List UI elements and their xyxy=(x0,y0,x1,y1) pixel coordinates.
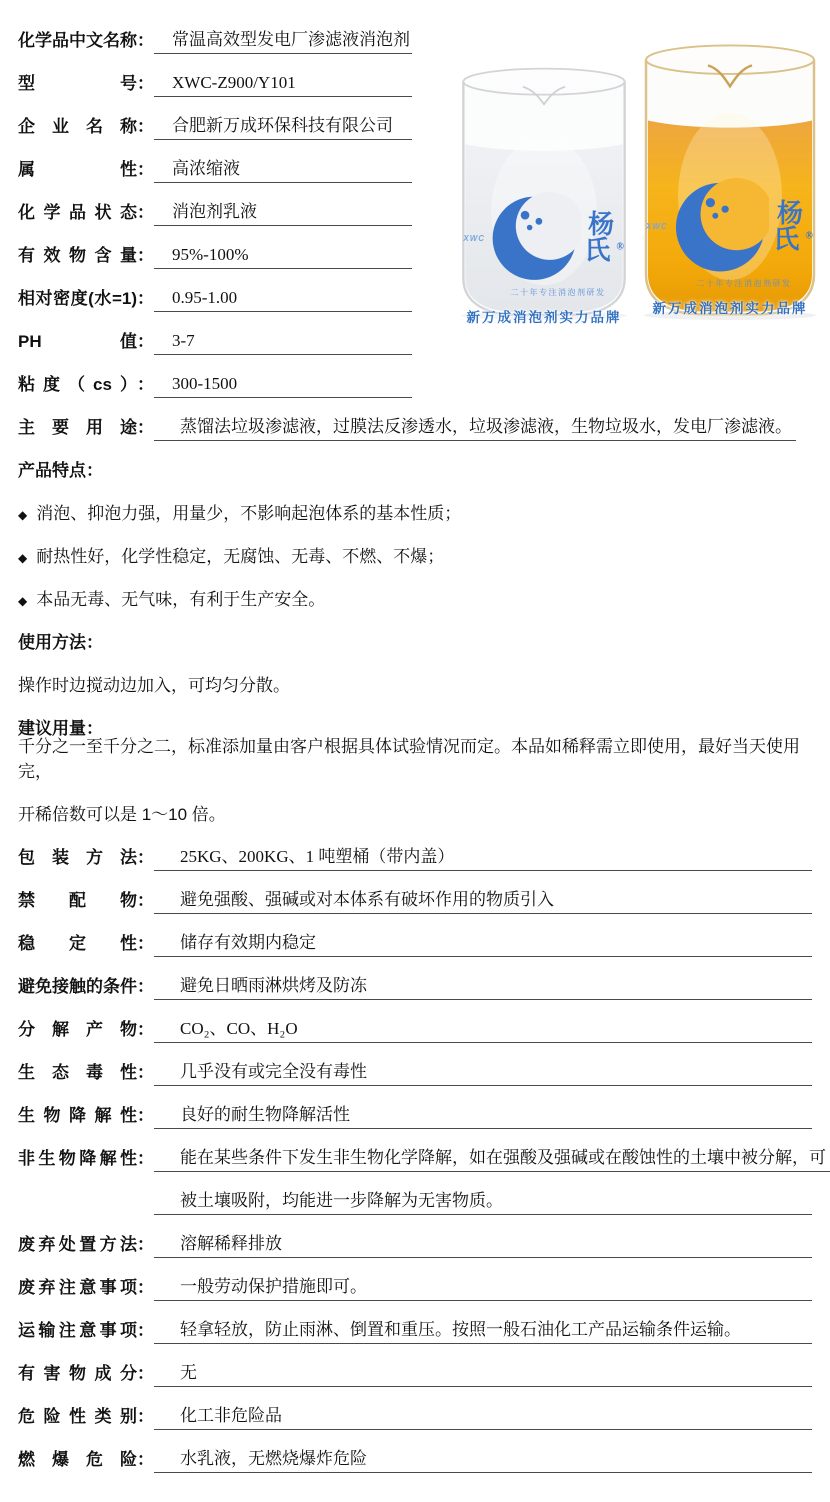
field-label: 粘度（cs）： xyxy=(18,370,154,398)
field-label: 主要用途： xyxy=(18,413,154,441)
field-label: 废弃处置方法： xyxy=(18,1230,154,1258)
field-value: 300-1500 xyxy=(154,375,412,398)
field-label: 燃爆危险： xyxy=(18,1445,154,1473)
field-value-continued: 被土壤吸附，均能进一步降解为无害物质。 xyxy=(154,1192,812,1215)
field-row-packing: 包装方法： 25KG、200KG、1 吨塑桶（带内盖） xyxy=(18,833,812,876)
registered-mark-icon: ® xyxy=(805,230,812,241)
dosage-text-row: 千分之一至千分之二，标准添加量由客户根据具体试验情况而定。本品如稀释需立即使用，… xyxy=(18,747,812,790)
field-label: 化学品中文名称： xyxy=(18,26,154,54)
field-label: 分解产物： xyxy=(18,1015,154,1043)
field-label: 型号： xyxy=(18,69,154,97)
field-row-ph: PH值： 3-7 xyxy=(18,317,812,360)
dosage-text-row: 开稀倍数可以是 1～10 倍。 xyxy=(18,790,812,833)
field-label: 稳定性： xyxy=(18,929,154,957)
field-label: 废弃注意事项： xyxy=(18,1273,154,1301)
brand-name: 杨氏® xyxy=(584,212,625,264)
feature-bullet-row: ◆ 消泡、抑泡力强，用量少，不影响起泡体系的基本性质； xyxy=(18,489,812,532)
beaker-right-amber: XWC 杨氏® 二十年专注消泡剂研发 新万成消泡剂实力品牌 xyxy=(630,35,830,320)
field-label: 运输注意事项： xyxy=(18,1316,154,1344)
field-value: 蒸馏法垃圾渗滤液，过膜法反渗透水，垃圾渗滤液，生物垃圾水，发电厂渗滤液。 xyxy=(154,418,796,441)
field-value: 溶解稀释排放 xyxy=(154,1235,812,1258)
field-value: 避免强酸、强碱或对本体系有破坏作用的物质引入 xyxy=(154,891,812,914)
beaker-left-clear: XWC 杨氏® 二十年专注消泡剂研发 新万成消泡剂实力品牌 xyxy=(448,59,640,320)
field-row-transport-precautions: 运输注意事项： 轻拿轻放，防止雨淋、倒置和重压。按照一般石油化工产品运输条件运输… xyxy=(18,1306,812,1349)
field-label: 禁配物： xyxy=(18,886,154,914)
field-label: 避免接触的条件： xyxy=(18,972,154,1000)
brand-band-text: 新万成消泡剂实力品牌 xyxy=(646,297,814,317)
field-label: 属性： xyxy=(18,155,154,183)
field-row-abiotic-degradability: 非生物降解性： 能在某些条件下发生非生物化学降解，如在强酸及强碱或在酸蚀性的土壤… xyxy=(18,1134,812,1177)
field-value: 化工非危险品 xyxy=(154,1407,812,1430)
field-row-hazard-class: 危险性类别： 化工非危险品 xyxy=(18,1392,812,1435)
feature-bullet-row: ◆ 耐热性好，化学性稳定，无腐蚀、无毒、不燃、不爆； xyxy=(18,532,812,575)
field-row-disposal-precautions: 废弃注意事项： 一般劳动保护措施即可。 xyxy=(18,1263,812,1306)
brand-tagline: 二十年专注消泡剂研发 xyxy=(463,287,624,298)
field-value: 95%-100% xyxy=(154,246,412,269)
brand-logo: XWC 杨氏® 二十年专注消泡剂研发 新万成消泡剂实力品牌 xyxy=(646,178,814,317)
feature-item: 消泡、抑泡力强，用量少，不影响起泡体系的基本性质； xyxy=(36,499,461,527)
field-row-ecotoxicity: 生态毒性： 几乎没有或完全没有毒性 xyxy=(18,1048,812,1091)
field-row-harmful-ingredients: 有害物成分： 无 xyxy=(18,1349,812,1392)
field-row-viscosity: 粘度（cs）： 300-1500 xyxy=(18,360,812,403)
field-value: 常温高效型发电厂渗滤液消泡剂 xyxy=(154,31,412,54)
field-label: 化学品状态： xyxy=(18,198,154,226)
field-value: CO₂、CO、H₂O xyxy=(154,1020,812,1043)
field-label: 相对密度(水=1)： xyxy=(18,284,154,312)
feature-item: 本品无毒、无气味，有利于生产安全。 xyxy=(36,585,325,613)
field-row-abiotic-degradability-cont: 被土壤吸附，均能进一步降解为无害物质。 xyxy=(18,1177,812,1220)
diamond-bullet-icon: ◆ xyxy=(18,508,27,527)
field-value: 轻拿轻放，防止雨淋、倒置和重压。按照一般石油化工产品运输条件运输。 xyxy=(154,1321,812,1344)
field-label: 非生物降解性： xyxy=(18,1144,154,1172)
brand-name: 杨氏® xyxy=(772,201,814,253)
field-value: 无 xyxy=(154,1364,812,1387)
feature-item: 耐热性好，化学性稳定，无腐蚀、无毒、不燃、不爆； xyxy=(36,542,444,570)
field-label: 有害物成分： xyxy=(18,1359,154,1387)
crescent-moon-icon xyxy=(671,178,769,276)
field-row-avoid-conditions: 避免接触的条件： 避免日晒雨淋烘烤及防冻 xyxy=(18,962,812,1005)
field-label: 有效物含量： xyxy=(18,241,154,269)
field-label: 生物降解性： xyxy=(18,1101,154,1129)
dosage-text-line1: 千分之一至千分之二，标准添加量由客户根据具体试验情况而定。本品如稀释需立即使用，… xyxy=(18,732,812,785)
usage-text-row: 操作时边搅动边加入，可均匀分散。 xyxy=(18,661,812,704)
field-row-biodegradability: 生物降解性： 良好的耐生物降解活性 xyxy=(18,1091,812,1134)
field-value: 避免日晒雨淋烘烤及防冻 xyxy=(154,977,812,1000)
field-value: 一般劳动保护措施即可。 xyxy=(154,1278,812,1301)
brand-prefix-text: XWC xyxy=(463,234,485,243)
field-value: 消泡剂乳液 xyxy=(154,203,412,226)
features-heading: 产品特点： xyxy=(18,456,103,484)
brand-tagline: 二十年专注消泡剂研发 xyxy=(646,278,814,289)
features-heading-row: 产品特点： xyxy=(18,446,812,489)
field-label: PH值： xyxy=(18,327,154,355)
field-value: 良好的耐生物降解活性 xyxy=(154,1106,812,1129)
field-value: 水乳液，无燃烧爆炸危险 xyxy=(154,1450,812,1473)
field-label: 危险性类别： xyxy=(18,1402,154,1430)
field-label: 生态毒性： xyxy=(18,1058,154,1086)
field-row-stability: 稳定性： 储存有效期内稳定 xyxy=(18,919,812,962)
field-value: 储存有效期内稳定 xyxy=(154,934,812,957)
field-row-disposal-method: 废弃处置方法： 溶解稀释排放 xyxy=(18,1220,812,1263)
field-row-incompatibles: 禁配物： 避免强酸、强碱或对本体系有破坏作用的物质引入 xyxy=(18,876,812,919)
field-value: 高浓缩液 xyxy=(154,160,412,183)
field-value: 合肥新万成环保科技有限公司 xyxy=(154,117,412,140)
field-value: 25KG、200KG、1 吨塑桶（带内盖） xyxy=(154,848,812,871)
usage-heading: 使用方法： xyxy=(18,628,103,656)
field-value: 几乎没有或完全没有毒性 xyxy=(154,1063,812,1086)
product-photo: XWC 杨氏® 二十年专注消泡剂研发 新万成消泡剂实力品牌 xyxy=(448,35,830,320)
field-label: 包装方法： xyxy=(18,843,154,871)
usage-text: 操作时边搅动边加入，可均匀分散。 xyxy=(18,671,290,699)
crescent-moon-icon xyxy=(488,192,581,285)
field-label: 企业名称： xyxy=(18,112,154,140)
dosage-text-line2: 开稀倍数可以是 1～10 倍。 xyxy=(18,800,226,828)
diamond-bullet-icon: ◆ xyxy=(18,594,27,613)
feature-bullet-row: ◆ 本品无毒、无气味，有利于生产安全。 xyxy=(18,575,812,618)
field-value: 0.95-1.00 xyxy=(154,289,412,312)
field-row-explosion-hazard: 燃爆危险： 水乳液，无燃烧爆炸危险 xyxy=(18,1435,812,1478)
brand-prefix-text: XWC xyxy=(646,222,668,231)
diamond-bullet-icon: ◆ xyxy=(18,551,27,570)
brand-logo: XWC 杨氏® 二十年专注消泡剂研发 新万成消泡剂实力品牌 xyxy=(463,192,624,326)
field-value: 3-7 xyxy=(154,332,412,355)
field-value: XWC-Z900/Y101 xyxy=(154,74,412,97)
field-value: 能在某些条件下发生非生物化学降解，如在强酸及强碱或在酸蚀性的土壤中被分解，可 xyxy=(154,1149,830,1172)
registered-mark-icon: ® xyxy=(616,242,623,253)
field-row-main-use: 主要用途： 蒸馏法垃圾渗滤液，过膜法反渗透水，垃圾渗滤液，生物垃圾水，发电厂渗滤… xyxy=(18,403,812,446)
usage-heading-row: 使用方法： xyxy=(18,618,812,661)
brand-band-text: 新万成消泡剂实力品牌 xyxy=(463,306,624,326)
field-row-decomposition: 分解产物： CO₂、CO、H₂O xyxy=(18,1005,812,1048)
